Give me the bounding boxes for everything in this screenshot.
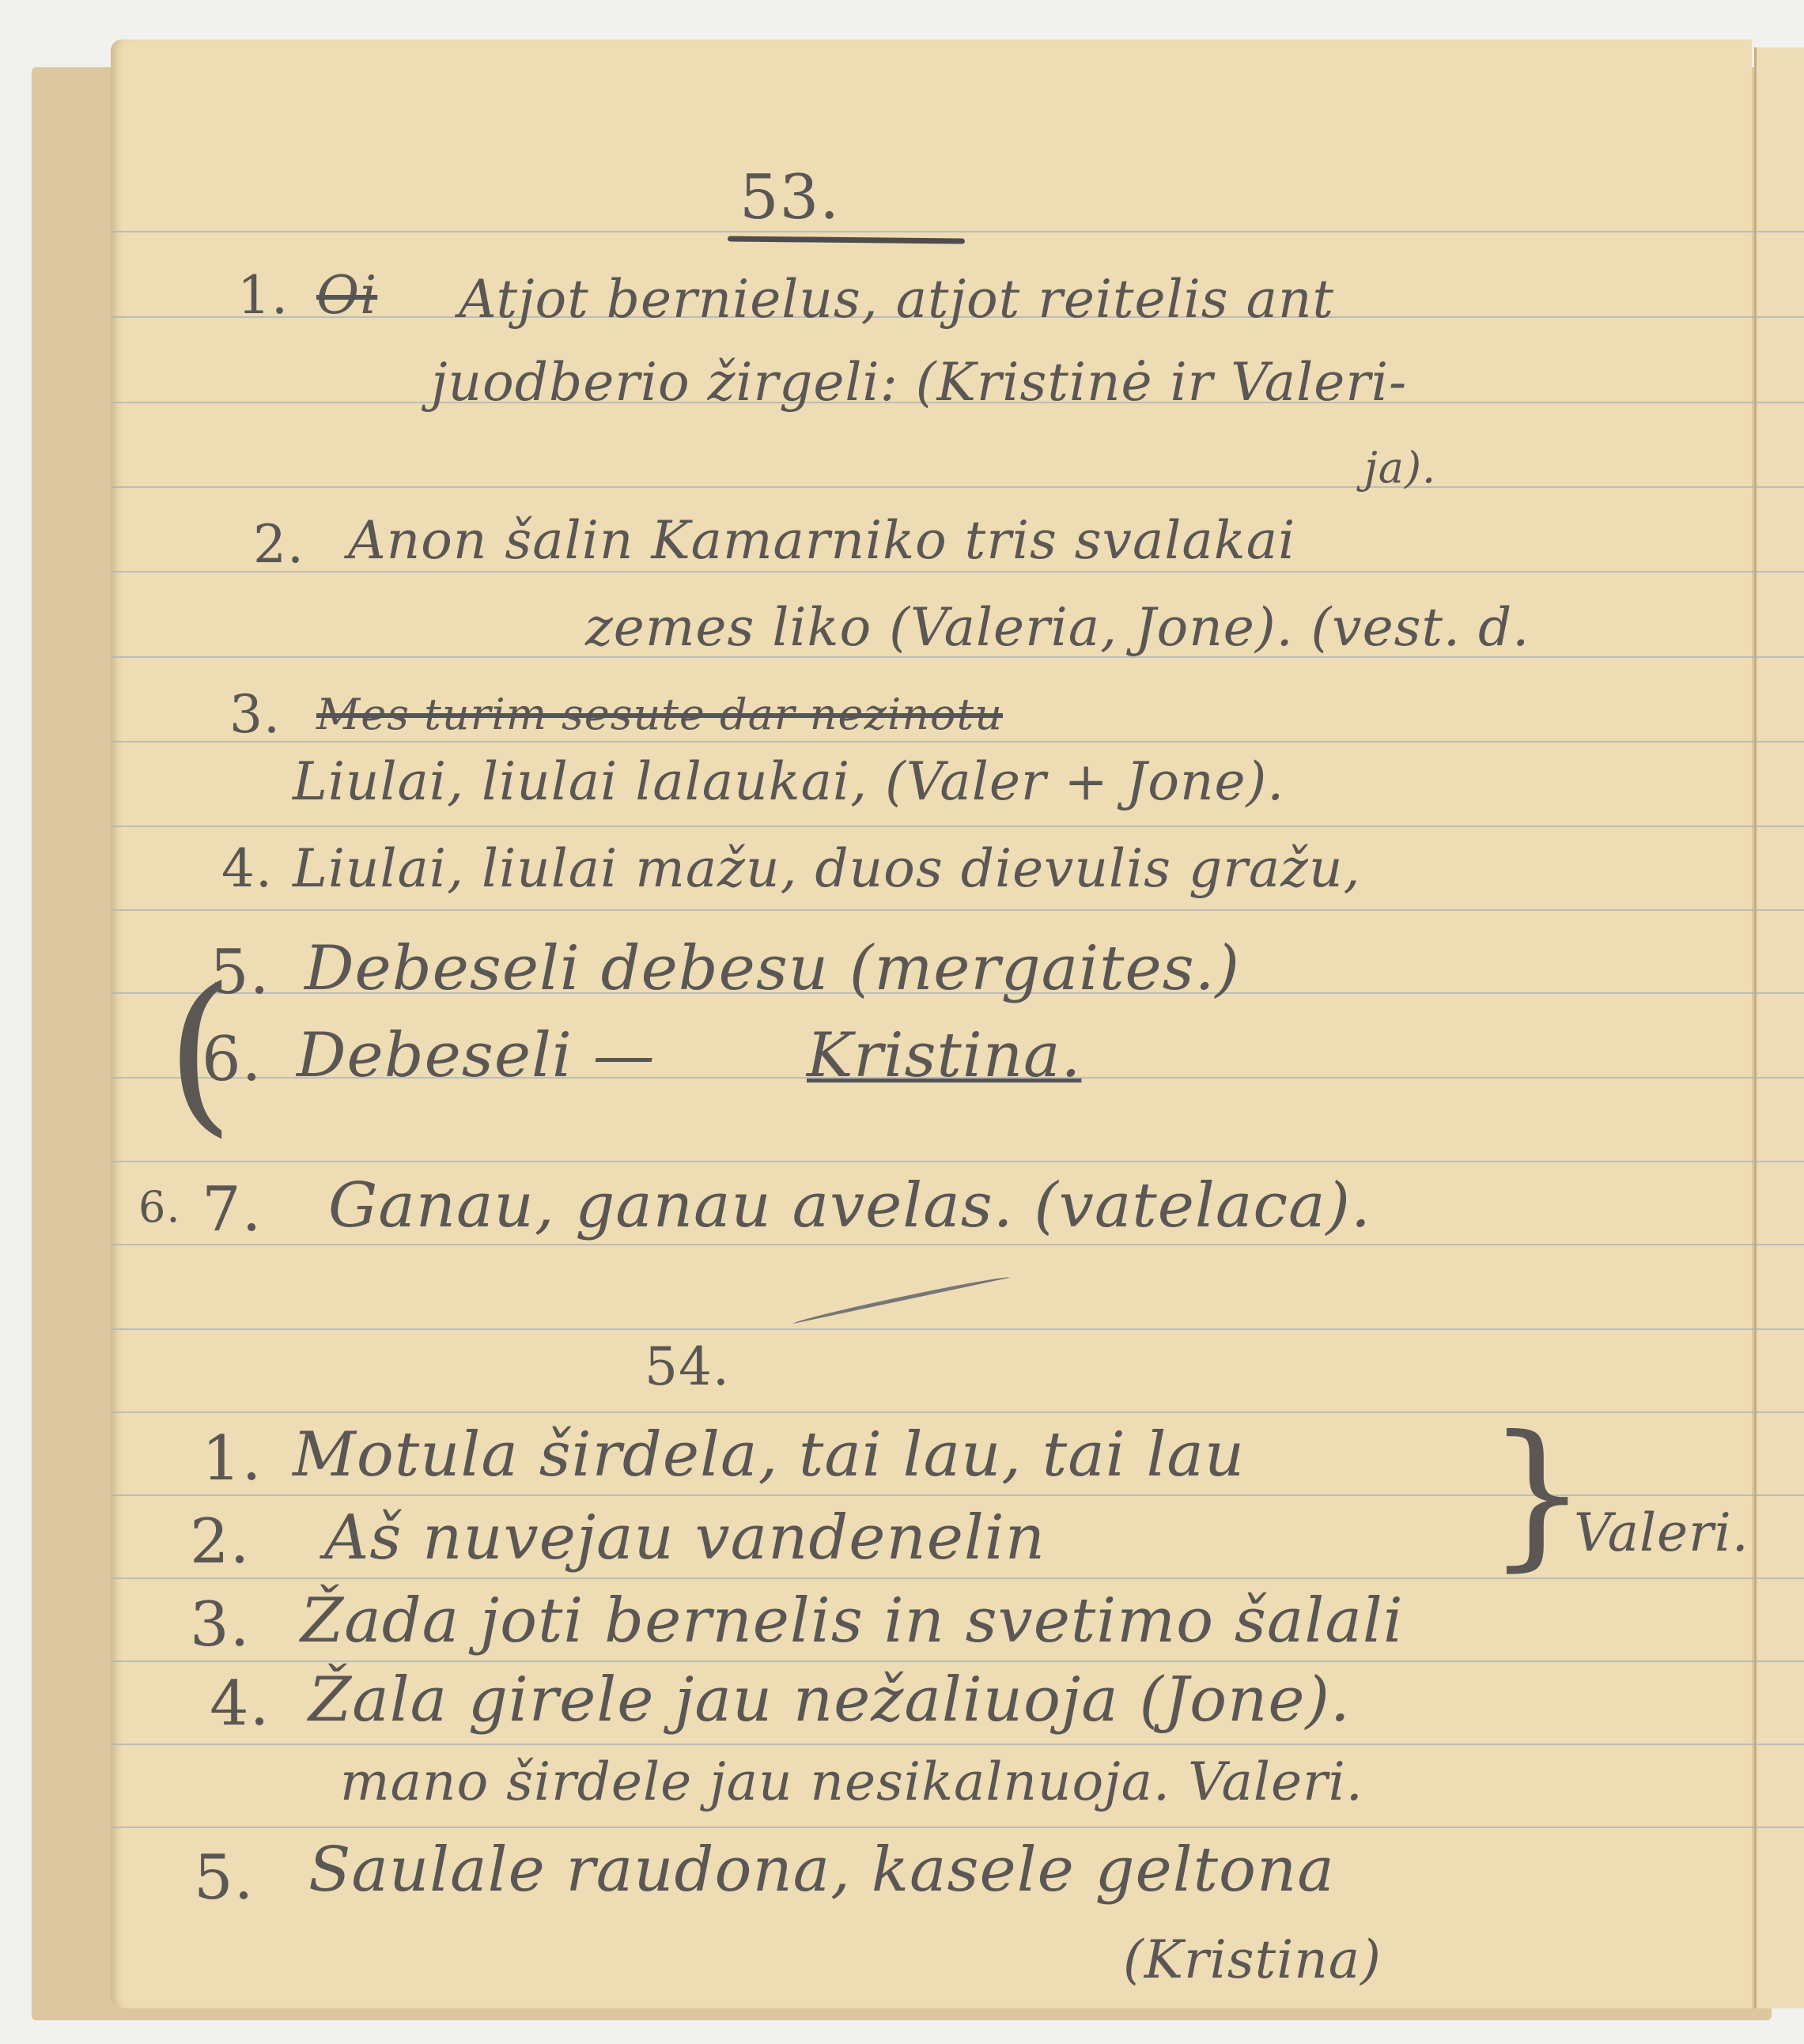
- ruled-line: [111, 909, 1804, 911]
- entry-text: Anon šalin Kamarniko tris svalakai: [348, 510, 1295, 571]
- entry-number: 3.: [190, 1589, 250, 1661]
- entry-number: 6.: [202, 1024, 262, 1095]
- struck-word: Oi: [316, 265, 377, 326]
- entry-text: Saulale raudona, kasele geltona: [308, 1834, 1335, 1906]
- entry-number: 5.: [194, 1842, 254, 1914]
- entry-number: 5.: [210, 937, 270, 1008]
- entry-text: mano širdele jau nesikalnuoja. Valeri.: [340, 1751, 1363, 1812]
- entry-number: 2.: [190, 1506, 250, 1577]
- ruled-line: [111, 1744, 1804, 1745]
- attribution: Kristina.: [807, 1020, 1081, 1091]
- entry-text: zemes liko (Valeria, Jone). (vest. d.: [585, 597, 1530, 658]
- ruled-line: [111, 1661, 1804, 1662]
- section-54-heading: 54.: [645, 1336, 730, 1397]
- group-attribution: Valeri.: [1574, 1502, 1749, 1563]
- entry-text: juodberio žirgeli: (Kristinė ir Valeri-: [431, 352, 1407, 413]
- ruled-line: [111, 741, 1804, 742]
- entry-text: Atjot bernielus, atjot reitelis ant: [459, 269, 1334, 330]
- entry-text: Motula širdela, tai lau, tai lau: [293, 1419, 1245, 1490]
- entry-number: 4.: [221, 838, 273, 899]
- facing-page-edge: [1754, 47, 1804, 2008]
- ruled-line: [111, 1161, 1804, 1162]
- entry-text: ja).: [1364, 443, 1436, 493]
- section-53-heading: 53.: [739, 162, 840, 233]
- entry-number: 4.: [210, 1668, 270, 1740]
- entry-text: Žada joti bernelis in svetimo šalali: [301, 1585, 1404, 1657]
- struck-line: Mes turim sesute dar nezinotu: [316, 690, 1003, 739]
- margin-note: 6.: [138, 1182, 181, 1232]
- right-brace: }: [1487, 1415, 1587, 1574]
- entry-number: 3.: [229, 684, 281, 745]
- ruled-line: [111, 1328, 1804, 1330]
- entry-number: 1.: [202, 1423, 262, 1494]
- ruled-line: [111, 231, 1804, 232]
- ruled-line: [111, 486, 1804, 488]
- entry-number: 2.: [253, 514, 304, 575]
- entry-text: Aš nuvejau vandenelin: [324, 1502, 1046, 1574]
- entry-text: Liulai, liulai mažu, duos dievulis gražu…: [293, 838, 1360, 899]
- ruled-line: [111, 571, 1804, 572]
- entry-text: Debeseli —: [297, 1020, 656, 1091]
- ruled-line: [111, 1827, 1804, 1828]
- entry-number: 1.: [237, 265, 289, 326]
- entry-number: 7.: [202, 1174, 262, 1245]
- entry-text: (Kristina): [1123, 1929, 1382, 1990]
- ruled-line: [111, 1244, 1804, 1245]
- ruled-line: [111, 826, 1804, 827]
- entry-text: Ganau, ganau avelas. (vatelaca).: [328, 1170, 1371, 1241]
- entry-text: Liulai, liulai lalaukai, (Valer + Jone).: [293, 751, 1284, 812]
- entry-text: Žala girele jau nežaliuoja (Jone).: [308, 1664, 1351, 1736]
- entry-text: Debeseli debesu (mergaites.): [304, 933, 1240, 1004]
